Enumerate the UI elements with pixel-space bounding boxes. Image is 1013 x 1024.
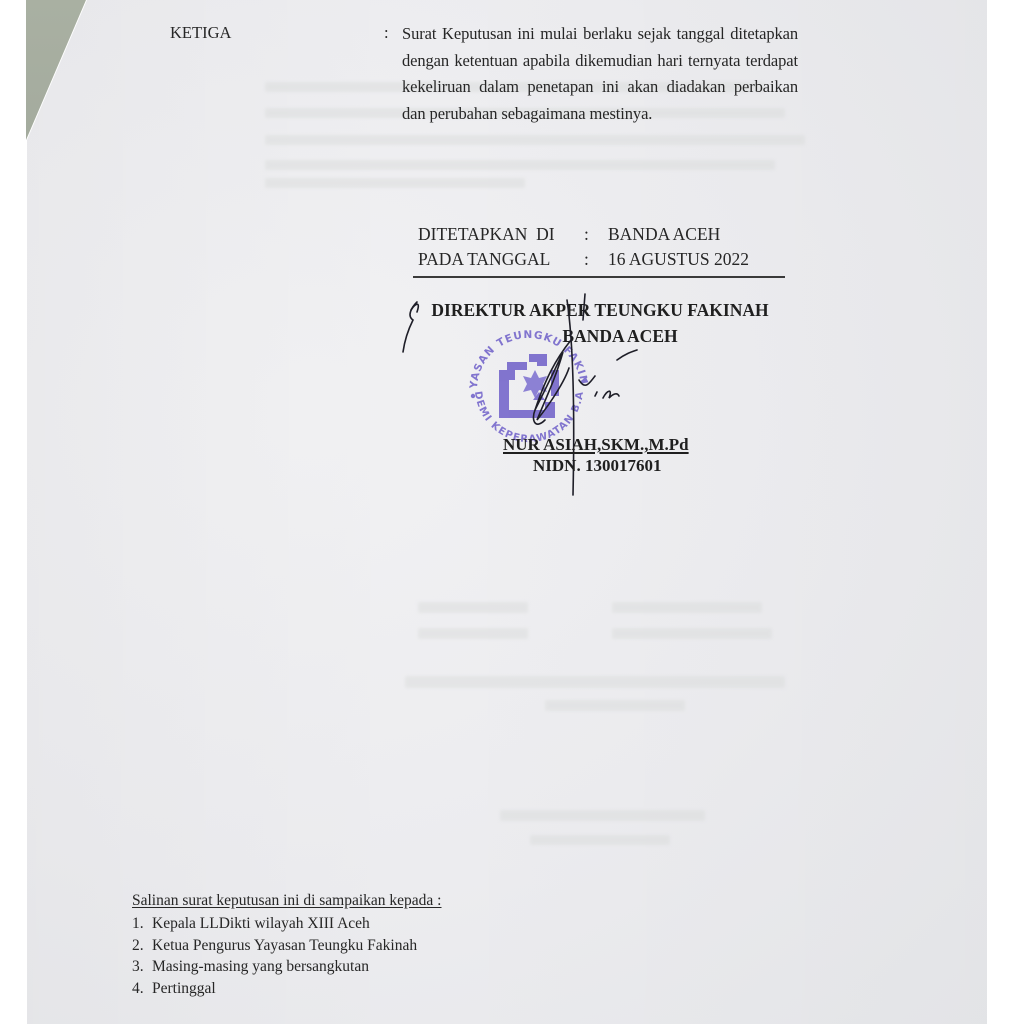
- list-item-text: Ketua Pengurus Yayasan Teungku Fakinah: [152, 937, 417, 954]
- list-item-number: 2.: [132, 935, 152, 957]
- list-item-text: Pertinggal: [152, 980, 216, 997]
- enactment-date-label: PADA TANGGAL: [418, 249, 584, 270]
- signer-name: NUR ASIAH,SKM.,M.Pd: [503, 435, 689, 455]
- enactment-place-label: DITETAPKAN DI: [418, 224, 584, 245]
- list-item-text: Masing-masing yang bersangkutan: [152, 958, 369, 975]
- list-item: 4.Pertinggal: [132, 978, 417, 1000]
- paper-sheet: [27, 0, 987, 1024]
- clause-colon: :: [384, 21, 389, 44]
- enactment-date-row: PADA TANGGAL:16 AGUSTUS 2022: [418, 249, 749, 270]
- enactment-place-colon: :: [584, 224, 608, 245]
- enactment-place-value: BANDA ACEH: [608, 224, 720, 244]
- list-item: 2.Ketua Pengurus Yayasan Teungku Fakinah: [132, 935, 417, 957]
- enactment-date-value: 16 AGUSTUS 2022: [608, 249, 749, 269]
- list-item: 1.Kepala LLDikti wilayah XIII Aceh: [132, 913, 417, 935]
- copies-title: Salinan surat keputusan ini di sampaikan…: [132, 892, 442, 910]
- copies-list: 1.Kepala LLDikti wilayah XIII Aceh 2.Ket…: [132, 913, 417, 999]
- list-item: 3.Masing-masing yang bersangkutan: [132, 956, 417, 978]
- list-item-text: Kepala LLDikti wilayah XIII Aceh: [152, 915, 370, 932]
- signer-id-number: NIDN. 130017601: [533, 456, 661, 476]
- clause-body: Surat Keputusan ini mulai berlaku sejak …: [402, 21, 798, 127]
- enactment-place-row: DITETAPKAN DI:BANDA ACEH: [418, 224, 720, 245]
- list-item-number: 1.: [132, 913, 152, 935]
- list-item-number: 3.: [132, 956, 152, 978]
- clause-label: KETIGA: [170, 21, 231, 44]
- enactment-date-colon: :: [584, 249, 608, 270]
- list-item-number: 4.: [132, 978, 152, 1000]
- separator-line: [413, 276, 785, 278]
- paper-shading: [27, 0, 987, 1024]
